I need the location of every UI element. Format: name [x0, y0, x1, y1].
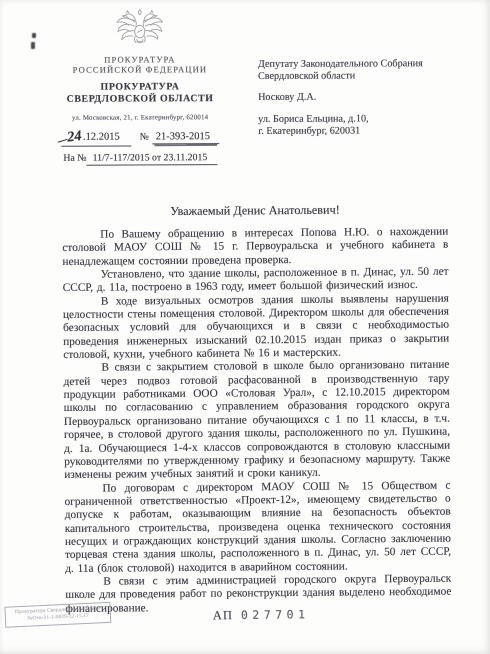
letterhead: ПРОКУРАТУРА РОССИЙСКОЙ ФЕДЕРАЦИИ ПРОКУРА… — [0, 0, 490, 166]
paragraph-2: Установлено, что здание школы, расположе… — [63, 266, 449, 296]
addressee-street: ул. Бориса Ельцина, д.10, — [258, 113, 476, 126]
serial-number: 027701 — [241, 607, 310, 622]
date-day-handwritten: 24 — [66, 128, 83, 147]
org-address: ул. Московская, 21, г. Екатеринбург, 620… — [28, 114, 252, 122]
date-typed: .12.2015 — [83, 132, 120, 143]
scanned-letter-page: ПРОКУРАТУРА РОССИЙСКОЙ ФЕДЕРАЦИИ ПРОКУРА… — [0, 0, 490, 654]
letter-body: Уважаемый Денис Анатольевич! По Вашему о… — [62, 202, 452, 616]
date-segment: 24.12.2015 — [61, 127, 131, 146]
addressee-name: Носкову Д.А. — [258, 91, 476, 104]
paragraph-3: В ходе визуальных осмотров здания школы … — [63, 292, 450, 362]
paragraph-4: В связи с закрытием столовой в школе был… — [63, 359, 450, 482]
letterhead-left: ПРОКУРАТУРА РОССИЙСКОЙ ФЕДЕРАЦИИ ПРОКУРА… — [28, 7, 253, 166]
reference-number: 11/7-117/2015 от 23.11.2015 — [87, 152, 218, 166]
salutation: Уважаемый Денис Анатольевич! — [62, 202, 448, 220]
date-line: 24.12.2015 № 21-393-2015 — [28, 127, 252, 147]
addressee-block: Депутату Законодательного Собрания Сверд… — [258, 58, 476, 165]
org-name-region-line1: ПРОКУРАТУРА — [28, 81, 252, 94]
coat-of-arms-eagle-icon — [115, 7, 165, 52]
outgoing-number: 21-393-2015 — [152, 131, 219, 144]
number-label: № — [140, 132, 149, 142]
paragraph-5: По договорам с директором МАОУ СОШ № 15 … — [64, 479, 451, 576]
registry-stamp: Прокуратура Свердловской области №Отв-21… — [4, 602, 111, 628]
org-name-federation-line2: РОССИЙСКОЙ ФЕДЕРАЦИИ — [28, 64, 252, 75]
reference-label: На № — [63, 153, 86, 164]
paragraph-1: По Вашему обращению в интересах Попова Н… — [62, 226, 448, 269]
org-name-region-line2: СВЕРДЛОВСКОЙ ОБЛАСТИ — [28, 93, 252, 106]
addressee-line1: Депутату Законодательного Собрания — [258, 58, 476, 71]
addressee-city: г. Екатеринбург, 620031 — [258, 125, 476, 138]
reference-line: На № 11/7-117/2015 от 23.11.2015 — [28, 152, 252, 166]
serial-stamp: АП027701 — [213, 605, 310, 624]
letter-footer: Прокуратура Свердловской области №Отв-21… — [0, 592, 490, 654]
addressee-line2: Свердловской области — [258, 70, 476, 83]
serial-prefix: АП — [213, 608, 233, 622]
